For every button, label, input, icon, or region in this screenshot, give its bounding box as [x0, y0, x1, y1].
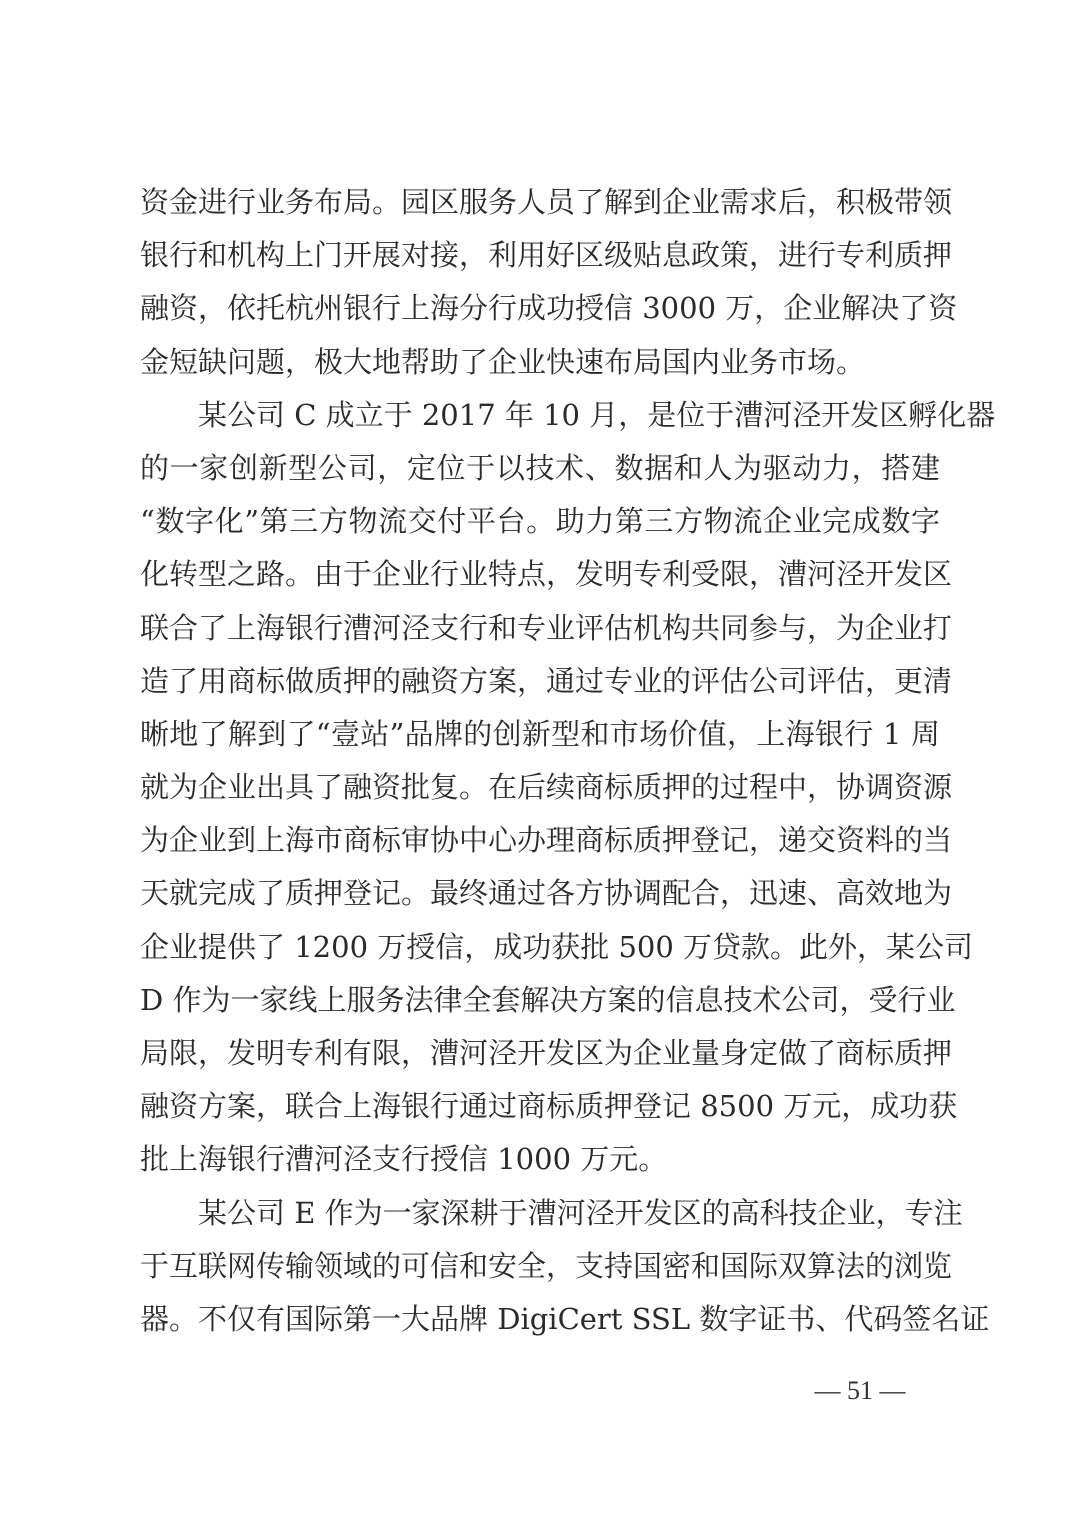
text-line: 某公司 C 成立于 2017 年 10 月，是位于漕河泾开发区孵化器	[140, 389, 940, 442]
text-line: 资金进行业务布局。园区服务人员了解到企业需求后，积极带领	[140, 176, 940, 229]
text-line: 的一家创新型公司，定位于以技术、数据和人为驱动力，搭建	[140, 442, 940, 495]
text-line: 晰地了解到了“壹站”品牌的创新型和市场价值，上海银行 1 周	[140, 708, 940, 761]
text-line: 企业提供了 1200 万授信，成功获批 500 万贷款。此外，某公司	[140, 921, 940, 974]
text-line: 局限，发明专利有限，漕河泾开发区为企业量身定做了商标质押	[140, 1027, 940, 1080]
text-line: 融资，依托杭州银行上海分行成功授信 3000 万，企业解决了资	[140, 282, 940, 335]
text-line: D 作为一家线上服务法律全套解决方案的信息技术公司，受行业	[140, 974, 940, 1027]
text-line: 联合了上海银行漕河泾支行和专业评估机构共同参与，为企业打	[140, 602, 940, 655]
page-number: — 51 —	[800, 1376, 920, 1406]
text-line: 为企业到上海市商标审协中心办理商标质押登记，递交资料的当	[140, 814, 940, 867]
paragraph-3: 某公司 E 作为一家深耕于漕河泾开发区的高科技企业，专注 于互联网传输领域的可信…	[140, 1187, 940, 1347]
text-line: 于互联网传输领域的可信和安全，支持国密和国际双算法的浏览	[140, 1240, 940, 1293]
text-line: 天就完成了质押登记。最终通过各方协调配合，迅速、高效地为	[140, 867, 940, 920]
text-line: 银行和机构上门开展对接，利用好区级贴息政策，进行专利质押	[140, 229, 940, 282]
text-line: 批上海银行漕河泾支行授信 1000 万元。	[140, 1133, 940, 1186]
text-line: 器。不仅有国际第一大品牌 DigiCert SSL 数字证书、代码签名证	[140, 1293, 940, 1346]
body-text: 资金进行业务布局。园区服务人员了解到企业需求后，积极带领 银行和机构上门开展对接…	[140, 176, 940, 1346]
text-line: “数字化”第三方物流交付平台。助力第三方物流企业完成数字	[140, 495, 940, 548]
paragraph-2: 某公司 C 成立于 2017 年 10 月，是位于漕河泾开发区孵化器 的一家创新…	[140, 389, 940, 1187]
text-line: 金短缺问题，极大地帮助了企业快速布局国内业务市场。	[140, 336, 940, 389]
document-page: 资金进行业务布局。园区服务人员了解到企业需求后，积极带领 银行和机构上门开展对接…	[0, 0, 1080, 1527]
text-line: 就为企业出具了融资批复。在后续商标质押的过程中，协调资源	[140, 761, 940, 814]
text-line: 造了用商标做质押的融资方案，通过专业的评估公司评估，更清	[140, 655, 940, 708]
paragraph-1: 资金进行业务布局。园区服务人员了解到企业需求后，积极带领 银行和机构上门开展对接…	[140, 176, 940, 389]
text-line: 某公司 E 作为一家深耕于漕河泾开发区的高科技企业，专注	[140, 1187, 940, 1240]
text-line: 融资方案，联合上海银行通过商标质押登记 8500 万元，成功获	[140, 1080, 940, 1133]
text-line: 化转型之路。由于企业行业特点，发明专利受限，漕河泾开发区	[140, 548, 940, 601]
